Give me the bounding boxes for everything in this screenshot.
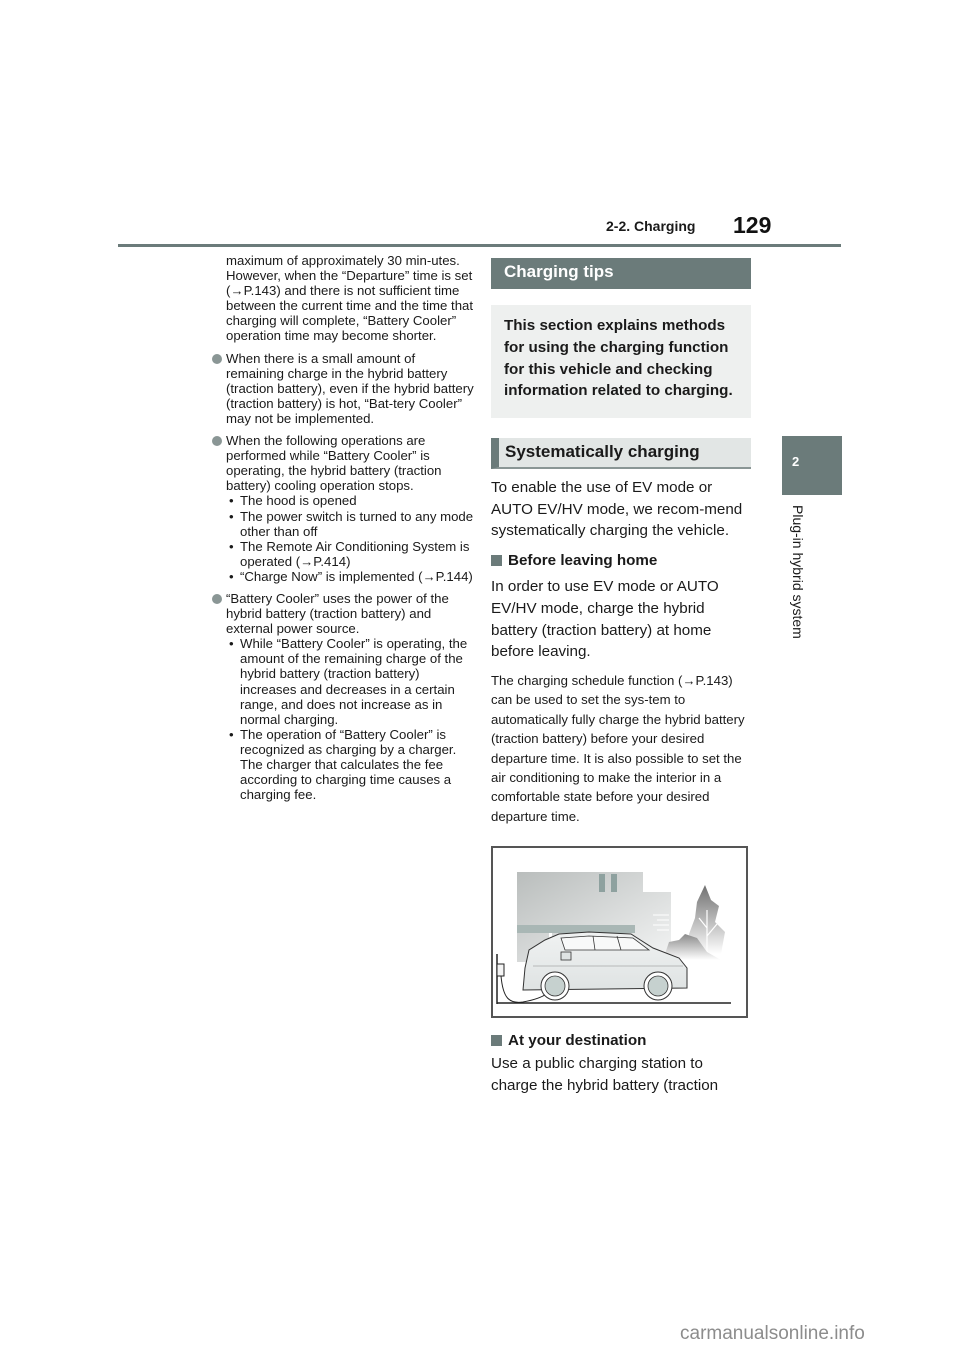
chapter-label: Plug-in hybrid system [786, 505, 806, 655]
chapter-number: 2 [792, 454, 799, 469]
running-header-section: 2-2. Charging [606, 218, 695, 234]
bullet-icon: • [229, 569, 234, 584]
circle-bullet-icon [212, 354, 222, 364]
circle-bullet-icon [212, 436, 222, 446]
paragraph: To enable the use of EV mode or AUTO EV/… [491, 477, 751, 542]
bullet-icon: • [229, 493, 234, 508]
right-column: Charging tips This section explains meth… [491, 258, 751, 1097]
sub-item: •While “Battery Cooler” is operating, th… [226, 636, 474, 727]
square-bullet-icon [491, 555, 502, 566]
subheading-before-leaving-home: Before leaving home [491, 550, 751, 571]
car-charging-at-home-icon [493, 848, 746, 1016]
chapter-tab[interactable]: 2 [782, 436, 842, 495]
sub-item: •The hood is opened [226, 493, 474, 508]
subheading-at-your-destination: At your destination [491, 1030, 751, 1051]
section-title: Charging tips [491, 258, 751, 289]
note-item: “Battery Cooler” uses the power of the h… [212, 591, 474, 802]
left-column: maximum of approximately 30 min-utes. Ho… [212, 253, 474, 802]
sub-item: •The operation of “Battery Cooler” is re… [226, 727, 474, 802]
bullet-icon: • [229, 636, 234, 651]
note-item: When there is a small amount of remainin… [212, 351, 474, 426]
sub-item: •The Remote Air Conditioning System is o… [226, 539, 474, 569]
sub-item: •“Charge Now” is implemented (→P.144) [226, 569, 474, 584]
paragraph: Use a public charging station to charge … [491, 1053, 751, 1096]
paragraph-note: The charging schedule function (→P.143) … [491, 671, 751, 826]
sub-item: •The power switch is turned to any mode … [226, 509, 474, 539]
note-text: When there is a small amount of remainin… [226, 351, 474, 426]
paragraph: In order to use EV mode or AUTO EV/HV mo… [491, 576, 751, 663]
note-item: When the following operations are perfor… [212, 433, 474, 584]
charging-illustration [491, 846, 748, 1018]
header-rule [118, 244, 841, 247]
watermark: carmanualsonline.info [680, 1323, 865, 1345]
continued-paragraph: maximum of approximately 30 min-utes. Ho… [212, 253, 474, 344]
square-bullet-icon [491, 1035, 502, 1046]
section-intro: This section explains methods for using … [491, 305, 751, 418]
circle-bullet-icon [212, 594, 222, 604]
bullet-icon: • [229, 727, 234, 742]
bullet-icon: • [229, 539, 234, 554]
note-text: When the following operations are perfor… [226, 433, 474, 493]
subsection-title: Systematically charging [491, 438, 751, 469]
note-text: “Battery Cooler” uses the power of the h… [226, 591, 474, 636]
bullet-icon: • [229, 509, 234, 524]
chapter-label-text: Plug-in hybrid system [790, 505, 806, 639]
page-number: 129 [733, 212, 771, 239]
